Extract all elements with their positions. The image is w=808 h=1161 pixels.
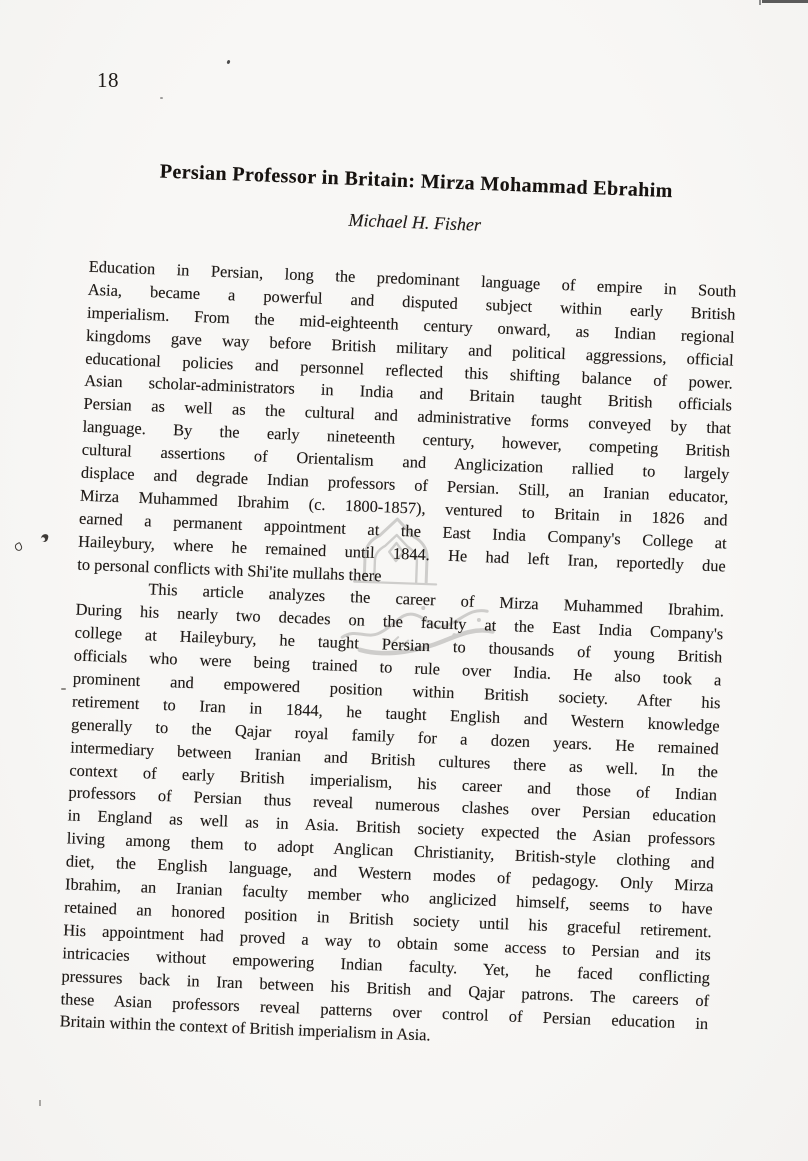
scanned-paper-page: 18 Persian Professor in Britain: Mirza M… (0, 0, 808, 1161)
paragraph: Education in Persian, long the predomina… (77, 256, 737, 601)
article-content: Persian Professor in Britain: Mirza Moha… (59, 154, 740, 1059)
paragraph: This article analyzes the career of Mirz… (59, 576, 724, 1058)
article-body: Education in Persian, long the predomina… (59, 256, 736, 1059)
scan-edge-line (762, 0, 808, 3)
scan-edge-tick (759, 0, 761, 5)
margin-mark (40, 533, 49, 542)
margin-mark (14, 542, 24, 552)
scan-speck (160, 97, 163, 99)
scan-speck (226, 60, 230, 65)
scan-speck (39, 1100, 41, 1106)
scan-speck (61, 688, 66, 690)
page-number: 18 (97, 68, 119, 93)
